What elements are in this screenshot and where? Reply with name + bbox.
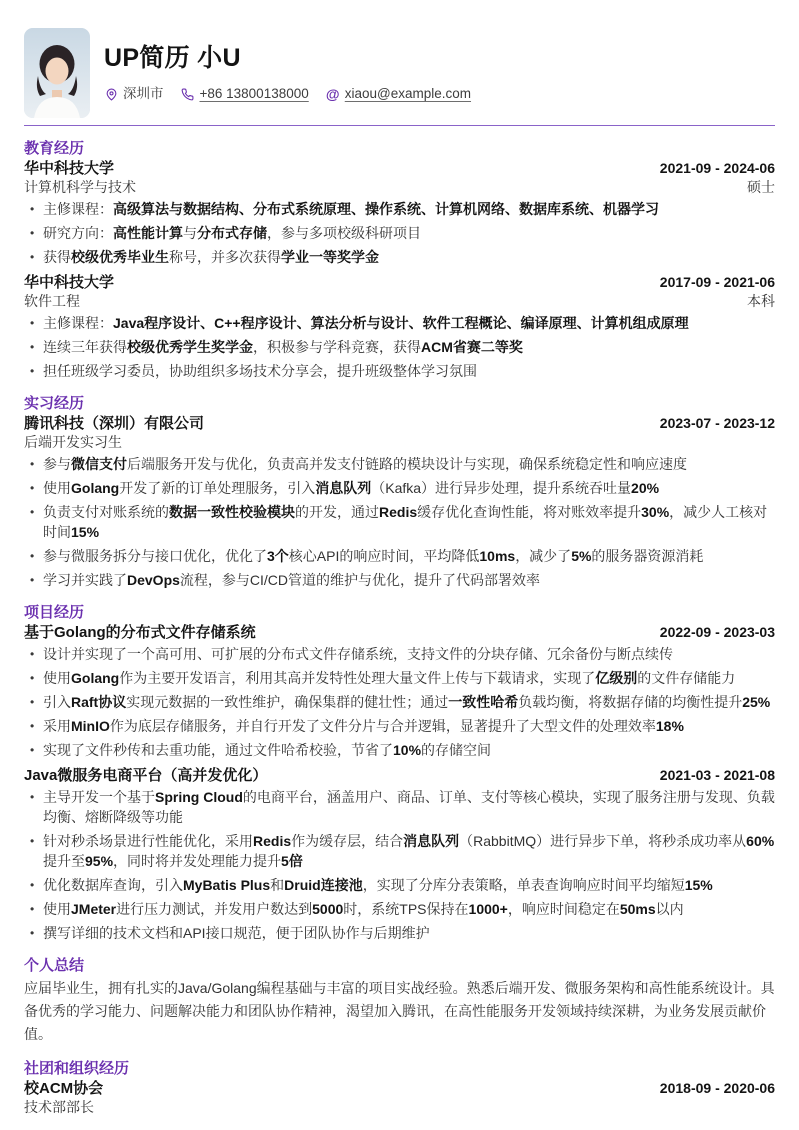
email-link[interactable]: @ xiaou@example.com — [326, 86, 471, 102]
entry-title-row: 校ACM协会 2018-09 - 2020-06 — [24, 1079, 775, 1098]
bullet-item: 研究方向：高性能计算与分布式存储，参与多项校级科研项目 — [24, 223, 775, 243]
entry-subtitle: 计算机科学与技术 — [24, 178, 136, 197]
entry-bullets: 主修课程：Java程序设计、C++程序设计、算法分析与设计、软件工程概论、编译原… — [24, 313, 775, 381]
location-item: 深圳市 — [104, 86, 164, 102]
entry-title: Java微服务电商平台（高并发优化） — [24, 766, 267, 785]
entry-subtitle-row: 技术部部长 — [24, 1098, 775, 1117]
entry-subtitle-row: 计算机科学与技术 硕士 — [24, 178, 775, 197]
entry-date: 2021-03 - 2021-08 — [660, 766, 775, 785]
entry-title-row: 腾讯科技（深圳）有限公司 2023-07 - 2023-12 — [24, 414, 775, 433]
resume-header: UP简历 小U 深圳市 +86 13800138000 @ xiaou@ex — [24, 28, 775, 118]
at-sign-icon: @ — [326, 87, 340, 101]
entry-date: 2017-09 - 2021-06 — [660, 273, 775, 292]
resume-section: 教育经历 华中科技大学 2021-09 - 2024-06 计算机科学与技术 硕… — [24, 139, 775, 381]
section-title: 实习经历 — [24, 394, 775, 413]
entry-title-row: 华中科技大学 2021-09 - 2024-06 — [24, 159, 775, 178]
entry-degree: 硕士 — [747, 178, 775, 197]
section-title: 教育经历 — [24, 139, 775, 158]
section-entries: 校ACM协会 2018-09 - 2020-06 技术部部长 — [24, 1079, 775, 1117]
bullet-item: 采用MinIO作为底层存储服务，并自行开发了文件分片与合并逻辑，显著提升了大型文… — [24, 716, 775, 736]
bullet-item: 撰写详细的技术文档和API接口规范，便于团队协作与后期维护 — [24, 923, 775, 943]
profile-photo — [24, 28, 90, 118]
entry-title: 腾讯科技（深圳）有限公司 — [24, 414, 204, 433]
entry-subtitle-row: 软件工程 本科 — [24, 292, 775, 311]
bullet-item: 使用Golang作为主要开发语言，利用其高并发特性处理大量文件上传与下载请求，实… — [24, 668, 775, 688]
bullet-item: 连续三年获得校级优秀学生奖学金，积极参与学科竞赛，获得ACM省赛二等奖 — [24, 337, 775, 357]
entry-date: 2023-07 - 2023-12 — [660, 414, 775, 433]
section-entries: 应届毕业生，拥有扎实的Java/Golang编程基础与丰富的项目实战经验。熟悉后… — [24, 977, 775, 1046]
experience-entry: 基于Golang的分布式文件存储系统 2022-09 - 2023-03 设计并… — [24, 623, 775, 760]
resume-section: 个人总结 应届毕业生，拥有扎实的Java/Golang编程基础与丰富的项目实战经… — [24, 956, 775, 1046]
entry-date: 2021-09 - 2024-06 — [660, 159, 775, 178]
entry-bullets: 参与微信支付后端服务开发与优化，负责高并发支付链路的模块设计与实现，确保系统稳定… — [24, 454, 775, 590]
phone-link[interactable]: +86 13800138000 — [181, 86, 309, 102]
bullet-item: 负责支付对账系统的数据一致性校验模块的开发，通过Redis缓存优化查询性能，将对… — [24, 502, 775, 542]
bullet-item: 主修课程：Java程序设计、C++程序设计、算法分析与设计、软件工程概论、编译原… — [24, 313, 775, 333]
bullet-item: 参与微信支付后端服务开发与优化，负责高并发支付链路的模块设计与实现，确保系统稳定… — [24, 454, 775, 474]
experience-entry: Java微服务电商平台（高并发优化） 2021-03 - 2021-08 主导开… — [24, 766, 775, 943]
bullet-item: 获得校级优秀毕业生称号，并多次获得学业一等奖学金 — [24, 247, 775, 267]
entry-subtitle-row: 后端开发实习生 — [24, 433, 775, 452]
header-text-block: UP简历 小U 深圳市 +86 13800138000 @ xiaou@ex — [104, 28, 471, 102]
experience-entry: 校ACM协会 2018-09 - 2020-06 技术部部长 — [24, 1079, 775, 1117]
entry-title: 校ACM协会 — [24, 1079, 103, 1098]
entry-date: 2018-09 - 2020-06 — [660, 1079, 775, 1098]
header-divider — [24, 125, 775, 126]
contact-row: 深圳市 +86 13800138000 @ xiaou@example.com — [104, 86, 471, 102]
bullet-item: 主修课程：高级算法与数据结构、分布式系统原理、操作系统、计算机网络、数据库系统、… — [24, 199, 775, 219]
section-entries: 腾讯科技（深圳）有限公司 2023-07 - 2023-12 后端开发实习生 参… — [24, 414, 775, 590]
phone-text: +86 13800138000 — [200, 86, 309, 102]
summary-paragraph: 应届毕业生，拥有扎实的Java/Golang编程基础与丰富的项目实战经验。熟悉后… — [24, 977, 775, 1046]
entry-title-row: 基于Golang的分布式文件存储系统 2022-09 - 2023-03 — [24, 623, 775, 642]
resume-section: 实习经历 腾讯科技（深圳）有限公司 2023-07 - 2023-12 后端开发… — [24, 394, 775, 590]
entry-bullets: 主修课程：高级算法与数据结构、分布式系统原理、操作系统、计算机网络、数据库系统、… — [24, 199, 775, 267]
experience-entry: 腾讯科技（深圳）有限公司 2023-07 - 2023-12 后端开发实习生 参… — [24, 414, 775, 590]
resume-page: UP简历 小U 深圳市 +86 13800138000 @ xiaou@ex — [0, 0, 799, 1130]
bullet-item: 主导开发一个基于Spring Cloud的电商平台，涵盖用户、商品、订单、支付等… — [24, 787, 775, 827]
entry-degree: 本科 — [747, 292, 775, 311]
bullet-item: 担任班级学习委员，协助组织多场技术分享会，提升班级整体学习氛围 — [24, 361, 775, 381]
resume-section: 社团和组织经历 校ACM协会 2018-09 - 2020-06 技术部部长 — [24, 1059, 775, 1117]
entry-title-row: Java微服务电商平台（高并发优化） 2021-03 - 2021-08 — [24, 766, 775, 785]
bullet-item: 使用Golang开发了新的订单处理服务，引入消息队列（Kafka）进行异步处理，… — [24, 478, 775, 498]
bullet-item: 使用JMeter进行压力测试，并发用户数达到5000时，系统TPS保持在1000… — [24, 899, 775, 919]
phone-icon — [181, 87, 195, 101]
entry-subtitle: 软件工程 — [24, 292, 80, 311]
resume-body: 教育经历 华中科技大学 2021-09 - 2024-06 计算机科学与技术 硕… — [24, 139, 775, 1117]
section-title: 项目经历 — [24, 603, 775, 622]
entry-title: 华中科技大学 — [24, 159, 114, 178]
bullet-item: 参与微服务拆分与接口优化，优化了3个核心API的响应时间，平均降低10ms，减少… — [24, 546, 775, 566]
entry-bullets: 主导开发一个基于Spring Cloud的电商平台，涵盖用户、商品、订单、支付等… — [24, 787, 775, 943]
entry-subtitle: 技术部部长 — [24, 1098, 94, 1117]
bullet-item: 优化数据库查询，引入MyBatis Plus和Druid连接池，实现了分库分表策… — [24, 875, 775, 895]
section-entries: 基于Golang的分布式文件存储系统 2022-09 - 2023-03 设计并… — [24, 623, 775, 943]
bullet-item: 学习并实践了DevOps流程，参与CI/CD管道的维护与优化，提升了代码部署效率 — [24, 570, 775, 590]
location-text: 深圳市 — [123, 86, 164, 102]
bullet-item: 针对秒杀场景进行性能优化，采用Redis作为缓存层，结合消息队列（RabbitM… — [24, 831, 775, 871]
bullet-item: 实现了文件秒传和去重功能，通过文件哈希校验，节省了10%的存储空间 — [24, 740, 775, 760]
bullet-item: 引入Raft协议实现元数据的一致性维护，确保集群的健壮性；通过一致性哈希负载均衡… — [24, 692, 775, 712]
candidate-name: UP简历 小U — [104, 38, 471, 74]
experience-entry: 华中科技大学 2017-09 - 2021-06 软件工程 本科 主修课程：Ja… — [24, 273, 775, 381]
section-title: 个人总结 — [24, 956, 775, 975]
entry-subtitle: 后端开发实习生 — [24, 433, 122, 452]
resume-section: 项目经历 基于Golang的分布式文件存储系统 2022-09 - 2023-0… — [24, 603, 775, 943]
bullet-item: 设计并实现了一个高可用、可扩展的分布式文件存储系统，支持文件的分块存储、冗余备份… — [24, 644, 775, 664]
email-text: xiaou@example.com — [345, 86, 471, 102]
section-entries: 华中科技大学 2021-09 - 2024-06 计算机科学与技术 硕士 主修课… — [24, 159, 775, 381]
section-title: 社团和组织经历 — [24, 1059, 775, 1078]
entry-title: 华中科技大学 — [24, 273, 114, 292]
entry-bullets: 设计并实现了一个高可用、可扩展的分布式文件存储系统，支持文件的分块存储、冗余备份… — [24, 644, 775, 760]
map-pin-icon — [104, 87, 118, 101]
profile-photo-illustration — [24, 28, 90, 118]
experience-entry: 华中科技大学 2021-09 - 2024-06 计算机科学与技术 硕士 主修课… — [24, 159, 775, 267]
entry-date: 2022-09 - 2023-03 — [660, 623, 775, 642]
entry-title-row: 华中科技大学 2017-09 - 2021-06 — [24, 273, 775, 292]
entry-title: 基于Golang的分布式文件存储系统 — [24, 623, 256, 642]
